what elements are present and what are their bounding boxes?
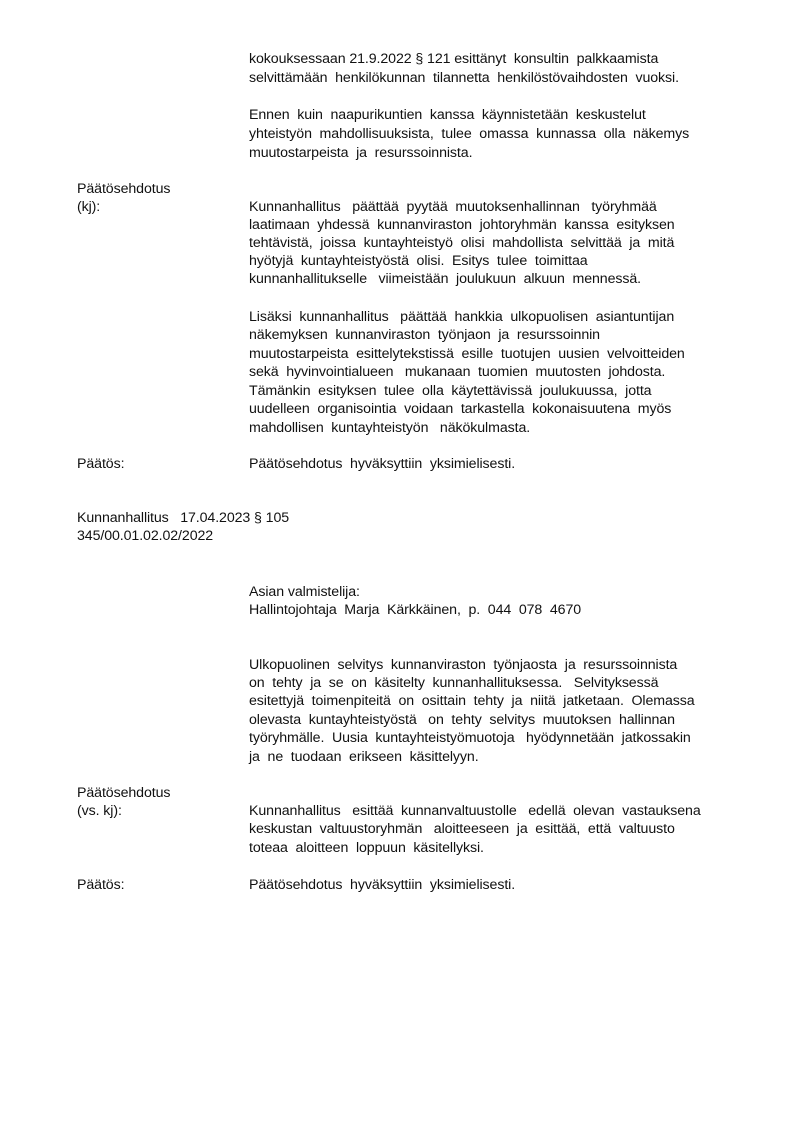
- proposal2-label-sub: (vs. kj):: [77, 802, 122, 821]
- proposal1-label-sub: (kj):: [77, 198, 100, 217]
- proposal1-line2: uudelleen organisointia voidaan tarkaste…: [249, 400, 671, 419]
- proposal1-line: laatimaan yhdessä kunnanviraston johtory…: [249, 216, 675, 235]
- intro2-line: Ennen kuin naapurikuntien kanssa käynnis…: [249, 106, 646, 125]
- proposal1-line2: muutostarpeista esittelytekstissä esille…: [249, 345, 685, 364]
- report-line: esitettyjä toimenpiteitä on osittain teh…: [249, 692, 695, 711]
- decision1-text: Päätösehdotus hyväksyttiin yksimielisest…: [249, 455, 515, 474]
- report-line: Ulkopuolinen selvitys kunnanviraston työ…: [249, 656, 677, 675]
- proposal1-line2: näkemyksen kunnanviraston työnjaon ja re…: [249, 326, 600, 345]
- proposal1-line2: mahdollisen kuntayhteistyön näkökulmasta…: [249, 419, 530, 438]
- decision2-text: Päätösehdotus hyväksyttiin yksimielisest…: [249, 876, 515, 895]
- report-line: on tehty ja se on käsitelty kunnanhallit…: [249, 674, 658, 693]
- proposal1-line: Kunnanhallitus päättää pyytää muutoksenh…: [249, 198, 657, 217]
- proposal2-line: keskustan valtuustoryhmän aloitteeseen j…: [249, 820, 675, 839]
- proposal2-line: toteaa aloitteen loppuun käsitellyksi.: [249, 839, 484, 858]
- proposal1-line: kunnanhallitukselle viimeistään joulukuu…: [249, 270, 641, 289]
- meeting-record-id: 345/00.01.02.02/2022: [77, 527, 213, 546]
- preparer-label: Asian valmistelija:: [249, 583, 360, 602]
- intro-line: selvittämään henkilökunnan tilannetta he…: [249, 69, 679, 88]
- proposal1-line2: sekä hyvinvointialueen mukanaan tuomien …: [249, 363, 665, 382]
- intro2-line: yhteistyön mahdollisuuksista, tulee omas…: [249, 125, 689, 144]
- decision1-label: Päätös:: [77, 455, 124, 474]
- proposal1-label: Päätösehdotus: [77, 180, 170, 199]
- report-line: ja ne tuodaan erikseen käsittelyyn.: [249, 748, 479, 767]
- proposal1-line: tehtävistä, joissa kuntayhteistyö olisi …: [249, 234, 674, 253]
- report-line: työryhmälle. Uusia kuntayhteistyömuotoja…: [249, 729, 691, 748]
- proposal1-line2: Lisäksi kunnanhallitus päättää hankkia u…: [249, 308, 674, 327]
- intro2-line: muutostarpeista ja resurssoinnista.: [249, 144, 472, 163]
- meeting-title: Kunnanhallitus 17.04.2023 § 105: [77, 509, 289, 528]
- proposal1-line2: Tämänkin esityksen tulee olla käytettävi…: [249, 382, 651, 401]
- proposal2-line: Kunnanhallitus esittää kunnanvaltuustoll…: [249, 802, 701, 821]
- proposal1-line: hyötyjä kuntayhteistyöstä olisi. Esitys …: [249, 252, 588, 271]
- report-line: olevasta kuntayhteistyöstä on tehty selv…: [249, 711, 675, 730]
- preparer-name: Hallintojohtaja Marja Kärkkäinen, p. 044…: [249, 601, 581, 620]
- decision2-label: Päätös:: [77, 876, 124, 895]
- proposal2-label: Päätösehdotus: [77, 784, 170, 803]
- intro-line: kokouksessaan 21.9.2022 § 121 esittänyt …: [249, 50, 658, 69]
